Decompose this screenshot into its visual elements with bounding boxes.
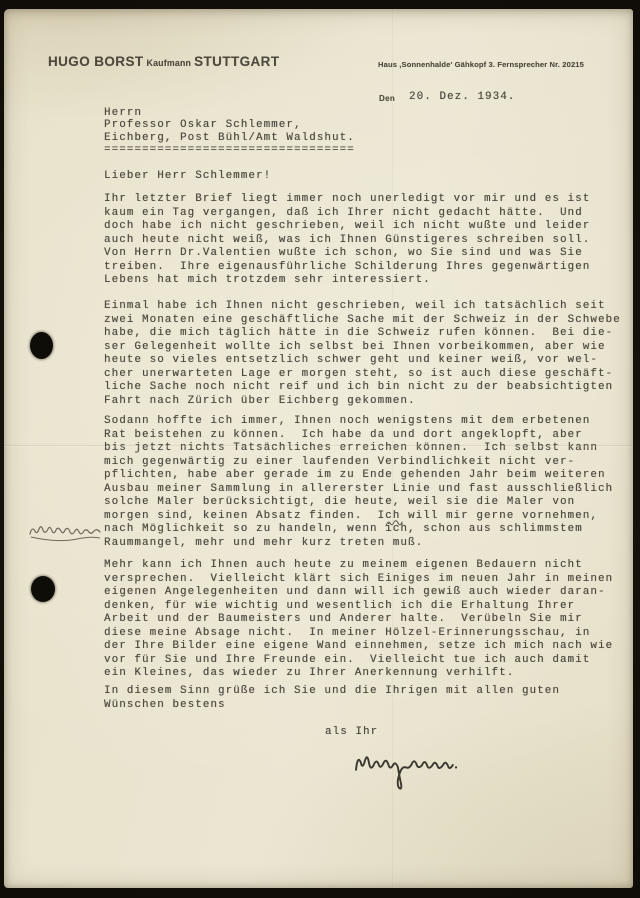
valediction: als Ihr — [325, 726, 378, 740]
margin-note-handwriting — [27, 520, 105, 546]
date-value: 20. Dez. 1934. — [409, 91, 515, 105]
handwritten-signature — [343, 744, 469, 794]
signature-period — [455, 766, 457, 768]
hole-punch-bottom — [31, 576, 55, 602]
fold-crease-vertical — [392, 9, 393, 888]
letter-paragraph-5: In diesem Sinn grüße ich Sie und die Ihr… — [104, 685, 560, 712]
sender-profession: Kaufmann — [147, 58, 192, 68]
letter-paragraph-1: Ihr letzter Brief liegt immer noch unerl… — [104, 193, 590, 288]
letter-paragraph-4: Mehr kann ich Ihnen auch heute zu meinem… — [104, 559, 613, 681]
inline-correction-handwriting — [384, 518, 404, 529]
letter-paragraph-2: Einmal habe ich Ihnen nicht geschrieben,… — [104, 300, 621, 408]
sender-city: STUTTGART — [194, 54, 279, 69]
recipient-address: Herrn Professor Oskar Schlemmer, Eichber… — [104, 107, 355, 156]
hole-punch-top — [30, 332, 53, 359]
letterhead-contact: Haus ,Sonnenhalde' Gähkopf 3. Fernsprech… — [378, 60, 584, 69]
scanned-letter: HUGO BORSTKaufmannSTUTTGART Haus ,Sonnen… — [0, 0, 640, 898]
fold-crease-horizontal — [4, 445, 633, 446]
salutation: Lieber Herr Schlemmer! — [104, 170, 271, 184]
letter-page: HUGO BORSTKaufmannSTUTTGART Haus ,Sonnen… — [4, 9, 633, 888]
letter-paragraph-3: Sodann hoffte ich immer, Ihnen noch weni… — [104, 415, 613, 550]
letterhead-sender: HUGO BORSTKaufmannSTUTTGART — [48, 54, 279, 69]
sender-name: HUGO BORST — [48, 54, 144, 69]
